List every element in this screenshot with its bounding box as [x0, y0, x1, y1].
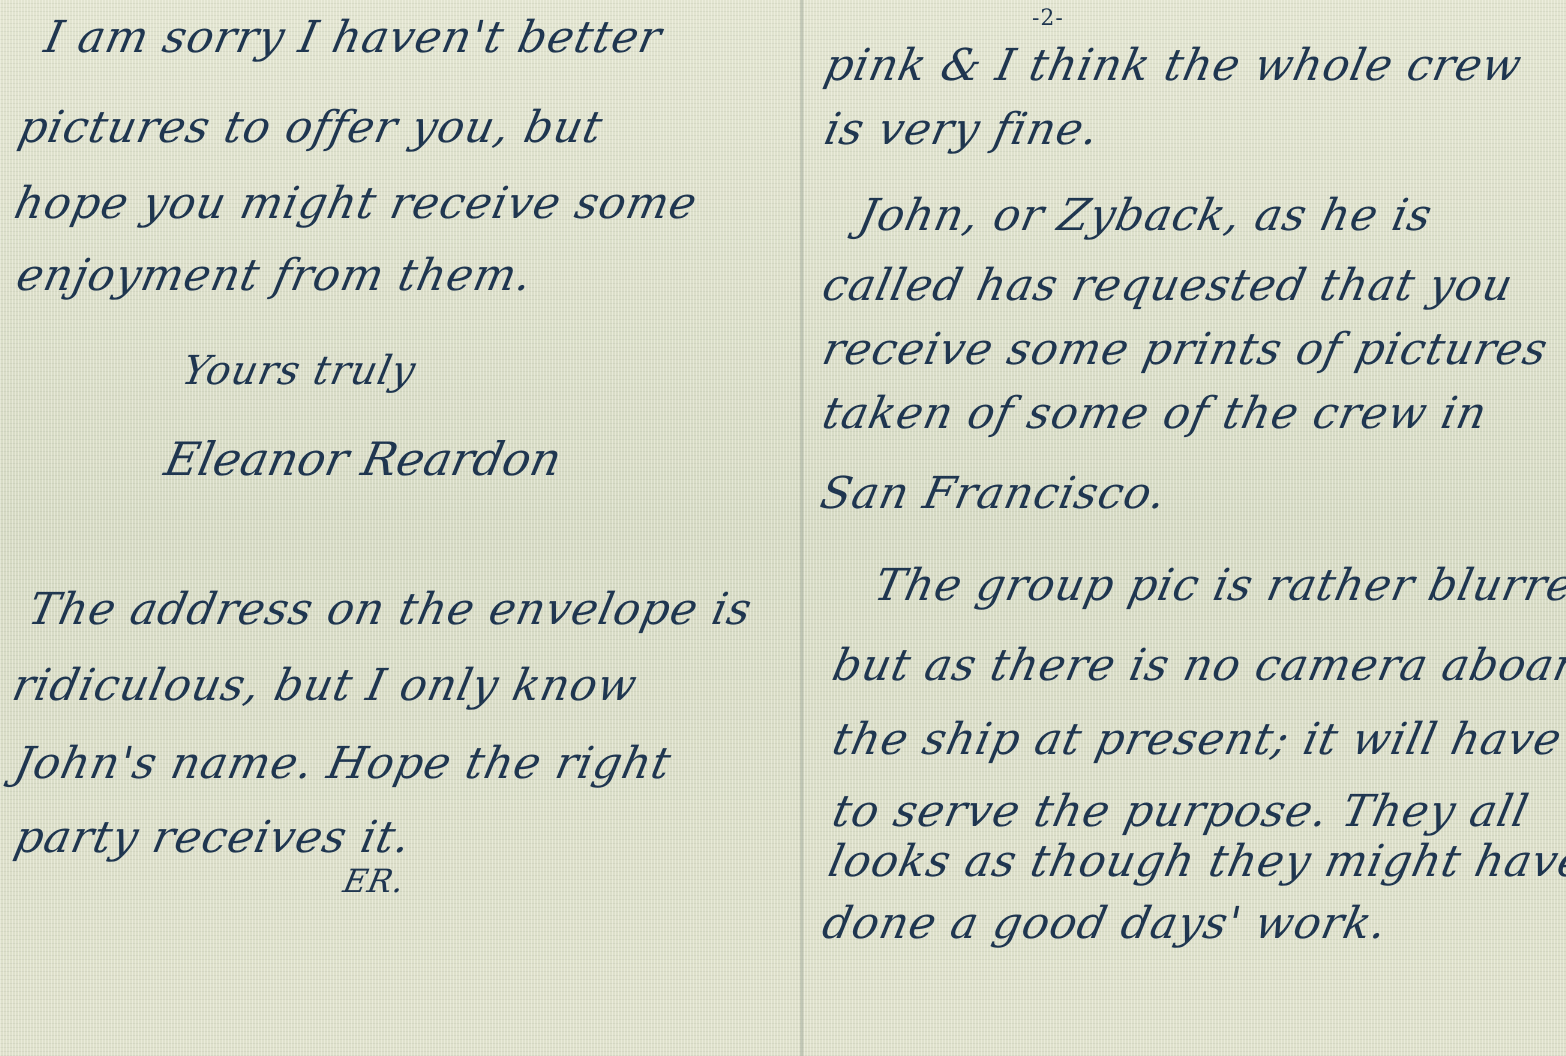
- postscript-line: The address on the envelope is: [24, 584, 757, 635]
- letter-line: hope you might receive some: [10, 178, 702, 229]
- left-page: I am sorry I haven't better pictures to …: [0, 0, 800, 1056]
- letter-line: is very fine.: [820, 104, 1104, 155]
- letter-line: done a good days' work.: [818, 898, 1392, 949]
- letter-line: called has requested that you: [818, 260, 1518, 311]
- letter-line: The group pic is rather blurred: [870, 560, 1566, 611]
- page-number: -2-: [1032, 6, 1064, 31]
- postscript-line: John's name. Hope the right: [10, 738, 676, 789]
- letter-sheet: I am sorry I haven't better pictures to …: [0, 0, 1566, 1056]
- letter-line: I am sorry I haven't better: [40, 12, 667, 63]
- initials: ER.: [340, 862, 409, 900]
- letter-line: to serve the purpose. They all: [828, 786, 1533, 837]
- letter-line: pink & I think the whole crew: [820, 40, 1527, 91]
- letter-closing: Yours truly: [178, 348, 420, 394]
- postscript-line: ridiculous, but I only know: [8, 660, 642, 711]
- letter-line: the ship at present; it will have: [828, 714, 1566, 765]
- letter-line: receive some prints of pictures: [818, 324, 1553, 375]
- postscript-line: party receives it.: [10, 812, 416, 863]
- letter-line: looks as though they might have: [824, 836, 1566, 887]
- letter-line: but as there is no camera aboard: [828, 640, 1566, 691]
- letter-line: taken of some of the crew in: [818, 388, 1492, 439]
- letter-line: San Francisco.: [816, 468, 1171, 519]
- letter-line: John, or Zyback, as he is: [854, 190, 1437, 241]
- right-page: -2- pink & I think the whole crew is ver…: [804, 0, 1566, 1056]
- letter-line: enjoyment from them.: [12, 250, 537, 301]
- letter-line: pictures to offer you, but: [14, 102, 608, 153]
- signature: Eleanor Reardon: [160, 432, 566, 486]
